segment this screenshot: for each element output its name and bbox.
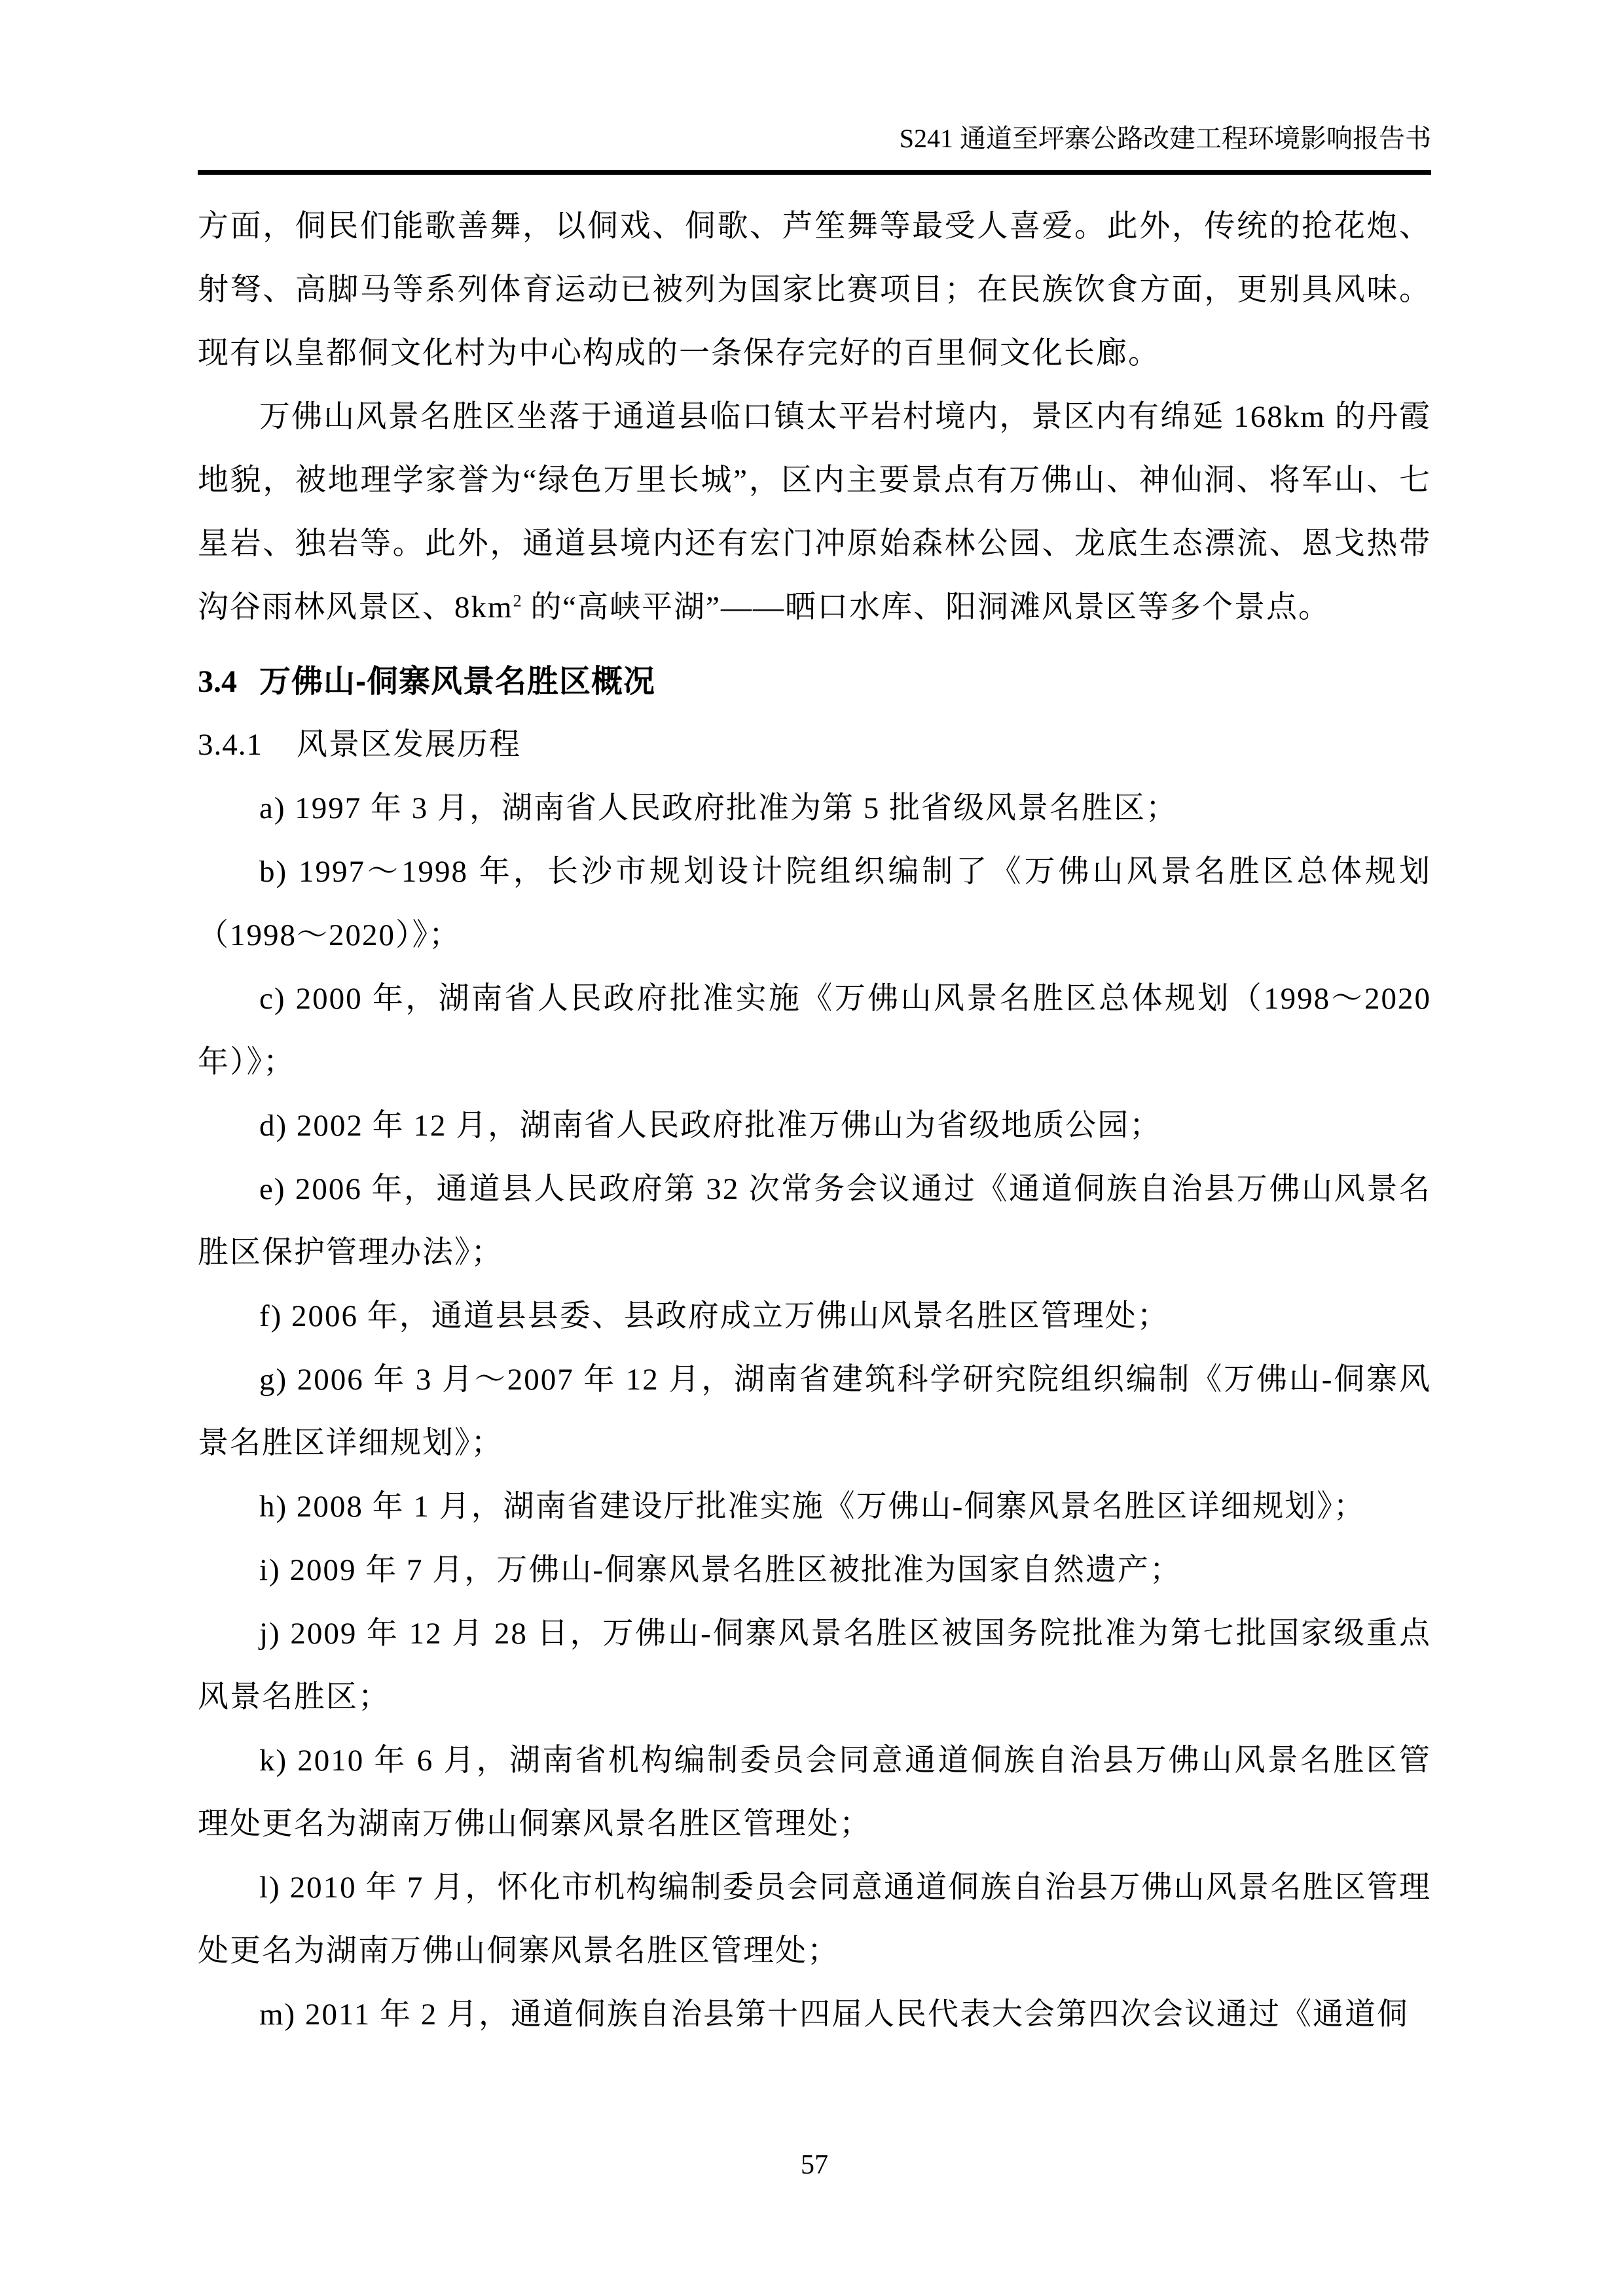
history-item-b: b) 1997～1998 年，长沙市规划设计院组织编制了《万佛山风景名胜区总体规… — [198, 840, 1431, 967]
history-item-j: j) 2009 年 12 月 28 日，万佛山-侗寨风景名胜区被国务院批准为第七… — [198, 1602, 1431, 1729]
history-item-c: c) 2000 年，湖南省人民政府批准实施《万佛山风景名胜区总体规划（1998～… — [198, 967, 1431, 1094]
subsection-title: 风景区发展历程 — [297, 728, 521, 762]
section-heading-3-4: 3.4万佛山-侗寨风景名胜区概况 — [198, 650, 1431, 713]
page-footer: 57 — [198, 2149, 1431, 2181]
page-number: 57 — [801, 2150, 828, 2180]
paragraph-dong-culture: 方面，侗民们能歌善舞，以侗戏、侗歌、芦笙舞等最受人喜爱。此外，传统的抢花炮、射弩… — [198, 195, 1431, 386]
history-item-l: l) 2010 年 7 月，怀化市机构编制委员会同意通道侗族自治县万佛山风景名胜… — [198, 1856, 1431, 1983]
history-item-a: a) 1997 年 3 月，湖南省人民政府批准为第 5 批省级风景名胜区； — [198, 777, 1431, 840]
history-item-k: k) 2010 年 6 月，湖南省机构编制委员会同意通道侗族自治县万佛山风景名胜… — [198, 1729, 1431, 1856]
section-title: 万佛山-侗寨风景名胜区概况 — [259, 664, 655, 699]
history-item-i: i) 2009 年 7 月，万佛山-侗寨风景名胜区被批准为国家自然遗产； — [198, 1539, 1431, 1602]
header-title: S241 通道至坪寨公路改建工程环境影响报告书 — [900, 124, 1431, 153]
history-item-d: d) 2002 年 12 月，湖南省人民政府批准万佛山为省级地质公园； — [198, 1094, 1431, 1158]
history-item-f: f) 2006 年，通道县县委、县政府成立万佛山风景名胜区管理处； — [198, 1285, 1431, 1348]
page-header: S241 通道至坪寨公路改建工程环境影响报告书 — [198, 123, 1431, 175]
superscript-square: 2 — [513, 591, 522, 610]
paragraph-scenery-text-after-sup: 的“高峡平湖”——晒口水库、阳洞滩风景区等多个景点。 — [522, 590, 1330, 624]
document-page: S241 通道至坪寨公路改建工程环境影响报告书 方面，侗民们能歌善舞，以侗戏、侗… — [0, 0, 1623, 2296]
history-item-e: e) 2006 年，通道县人民政府第 32 次常务会议通过《通道侗族自治县万佛山… — [198, 1158, 1431, 1285]
subsection-number: 3.4.1 — [198, 728, 263, 762]
history-item-h: h) 2008 年 1 月，湖南省建设厅批准实施《万佛山-侗寨风景名胜区详细规划… — [198, 1475, 1431, 1539]
section-number: 3.4 — [198, 664, 237, 699]
history-item-g: g) 2006 年 3 月～2007 年 12 月，湖南省建筑科学研究院组织编制… — [198, 1348, 1431, 1475]
page-body: 方面，侗民们能歌善舞，以侗戏、侗歌、芦笙舞等最受人喜爱。此外，传统的抢花炮、射弩… — [198, 195, 1431, 2047]
subsection-heading-3-4-1: 3.4.1风景区发展历程 — [198, 713, 1431, 777]
history-item-m: m) 2011 年 2 月，通道侗族自治县第十四届人民代表大会第四次会议通过《通… — [198, 1983, 1431, 2047]
paragraph-wanfoshan-scenery: 万佛山风景名胜区坐落于通道县临口镇太平岩村境内，景区内有绵延 168km 的丹霞… — [198, 386, 1431, 639]
